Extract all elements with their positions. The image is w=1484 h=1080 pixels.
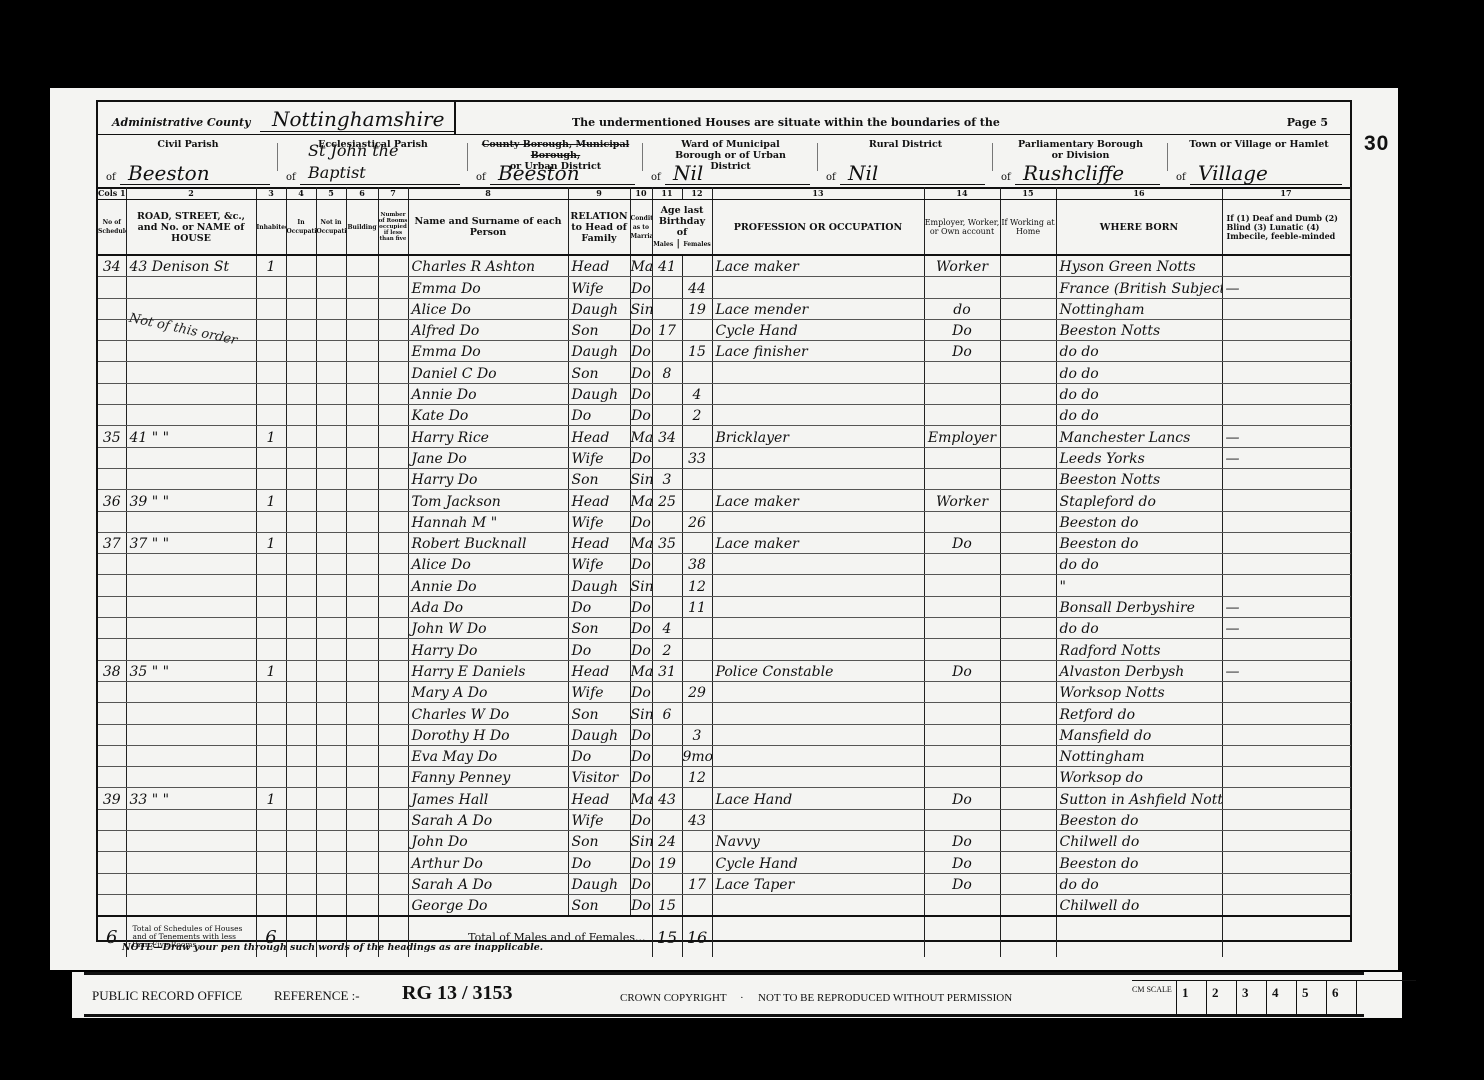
females-label: Females bbox=[683, 241, 710, 248]
female-age-cell bbox=[682, 639, 712, 660]
area-label: Parliamentary Borough or Division bbox=[993, 135, 1168, 161]
home-cell bbox=[1000, 831, 1056, 852]
home-cell bbox=[1000, 319, 1056, 340]
col-num: 16 bbox=[1056, 187, 1222, 200]
relation-cell: Daugh bbox=[568, 383, 630, 404]
name-cell: Emma Do bbox=[408, 341, 568, 362]
inhabited-cell bbox=[256, 468, 286, 489]
occupation-cell: Lace Taper bbox=[712, 873, 924, 894]
infirmity-cell bbox=[1222, 255, 1350, 277]
inhabited-cell: 1 bbox=[256, 490, 286, 511]
male-age-cell: 3 bbox=[652, 468, 682, 489]
female-age-cell: 4 bbox=[682, 383, 712, 404]
col-num: 7 bbox=[378, 187, 408, 200]
condition-cell: Do bbox=[630, 447, 652, 468]
where-born-cell: Beeston do bbox=[1056, 852, 1222, 873]
condition-cell: Do bbox=[630, 852, 652, 873]
rooms-cell bbox=[378, 575, 408, 596]
in-occupation-cell bbox=[286, 745, 316, 766]
col-num: 8 bbox=[408, 187, 568, 200]
home-cell bbox=[1000, 681, 1056, 702]
road-cell bbox=[126, 703, 256, 724]
relation-cell: Wife bbox=[568, 809, 630, 830]
male-age-cell bbox=[652, 575, 682, 596]
female-age-cell bbox=[682, 660, 712, 681]
name-cell: Annie Do bbox=[408, 575, 568, 596]
where-born-cell: Alvaston Derbysh bbox=[1056, 660, 1222, 681]
inhabited-cell bbox=[256, 575, 286, 596]
condition-cell: Do bbox=[630, 894, 652, 916]
in-occupation-cell bbox=[286, 447, 316, 468]
table-row: Arthur DoDoDo19Cycle HandDoBeeston do bbox=[98, 852, 1350, 873]
name-cell: Tom Jackson bbox=[408, 490, 568, 511]
in-occupation-cell bbox=[286, 639, 316, 660]
building-cell bbox=[346, 447, 378, 468]
inhabited-cell bbox=[256, 831, 286, 852]
schedule-cell bbox=[98, 894, 126, 916]
schedule-cell bbox=[98, 873, 126, 894]
in-occupation-cell bbox=[286, 681, 316, 702]
schedule-cell bbox=[98, 383, 126, 404]
female-age-cell bbox=[682, 852, 712, 873]
male-age-cell bbox=[652, 383, 682, 404]
employer-cell bbox=[924, 554, 1000, 575]
schedule-cell: 36 bbox=[98, 490, 126, 511]
schedule-cell bbox=[98, 618, 126, 639]
employer-cell: Employer bbox=[924, 426, 1000, 447]
inhabited-cell bbox=[256, 298, 286, 319]
female-age-cell bbox=[682, 618, 712, 639]
col-num: 11 bbox=[652, 187, 682, 200]
road-cell bbox=[126, 405, 256, 426]
occupation-cell bbox=[712, 724, 924, 745]
home-cell bbox=[1000, 362, 1056, 383]
name-cell: John W Do bbox=[408, 618, 568, 639]
relation-cell: Daugh bbox=[568, 341, 630, 362]
condition-cell: Do bbox=[630, 618, 652, 639]
occupation-cell: Lace mender bbox=[712, 298, 924, 319]
rural-district-value: Nil bbox=[840, 162, 985, 185]
table-row: Emma DoWifeDo44France (British Subject)— bbox=[98, 277, 1350, 298]
male-age-cell: 17 bbox=[652, 319, 682, 340]
inhabited-cell bbox=[256, 277, 286, 298]
female-age-cell: 9mo bbox=[682, 745, 712, 766]
female-age-cell: 3 bbox=[682, 724, 712, 745]
schedule-cell: 39 bbox=[98, 788, 126, 809]
in-occupation-cell bbox=[286, 341, 316, 362]
occupation-cell: Police Constable bbox=[712, 660, 924, 681]
table-row: 3933 " "1James HallHeadMar43Lace HandDoS… bbox=[98, 788, 1350, 809]
female-age-cell bbox=[682, 894, 712, 916]
in-occupation-cell bbox=[286, 405, 316, 426]
page-stamp: 30 bbox=[1364, 132, 1389, 156]
employer-cell bbox=[924, 767, 1000, 788]
home-cell bbox=[1000, 745, 1056, 766]
rooms-cell bbox=[378, 468, 408, 489]
table-row: Annie DoDaughDo4do do bbox=[98, 383, 1350, 404]
inhabited-cell bbox=[256, 809, 286, 830]
condition-cell: Mar bbox=[630, 532, 652, 553]
reference-label: REFERENCE :- bbox=[274, 988, 360, 1004]
relation-cell: Son bbox=[568, 703, 630, 724]
condition-cell: Do bbox=[630, 639, 652, 660]
inhabited-cell bbox=[256, 596, 286, 617]
table-row: 3541 " "1Harry RiceHeadMar34BricklayerEm… bbox=[98, 426, 1350, 447]
road-cell bbox=[126, 575, 256, 596]
table-row: Kate DoDoDo2do do bbox=[98, 405, 1350, 426]
header-age: Age last Birthday ofMales | Females bbox=[652, 200, 712, 256]
male-age-cell: 43 bbox=[652, 788, 682, 809]
occupation-cell bbox=[712, 447, 924, 468]
table-row: Hannah M "WifeDo26Beeston do bbox=[98, 511, 1350, 532]
road-cell bbox=[126, 511, 256, 532]
relation-cell: Do bbox=[568, 639, 630, 660]
relation-cell: Head bbox=[568, 788, 630, 809]
road-cell: 39 " " bbox=[126, 490, 256, 511]
name-cell: Jane Do bbox=[408, 447, 568, 468]
relation-cell: Daugh bbox=[568, 873, 630, 894]
name-cell: Alice Do bbox=[408, 554, 568, 575]
condition-cell: Do bbox=[630, 767, 652, 788]
males-label: Males bbox=[653, 241, 673, 248]
rooms-cell bbox=[378, 383, 408, 404]
relation-cell: Wife bbox=[568, 447, 630, 468]
not-in-occupation-cell bbox=[316, 511, 346, 532]
male-age-cell bbox=[652, 873, 682, 894]
name-cell: Charles R Ashton bbox=[408, 255, 568, 277]
relation-cell: Head bbox=[568, 490, 630, 511]
infirmity-cell bbox=[1222, 468, 1350, 489]
home-cell bbox=[1000, 703, 1056, 724]
infirmity-cell bbox=[1222, 788, 1350, 809]
table-row: Sarah A DoWifeDo43Beeston do bbox=[98, 809, 1350, 830]
female-age-cell: 29 bbox=[682, 681, 712, 702]
female-age-cell bbox=[682, 703, 712, 724]
archive-footer: PUBLIC RECORD OFFICE REFERENCE :- RG 13 … bbox=[72, 972, 1402, 1018]
employer-cell: Do bbox=[924, 873, 1000, 894]
relation-cell: Son bbox=[568, 831, 630, 852]
rooms-cell bbox=[378, 255, 408, 277]
employer-cell bbox=[924, 703, 1000, 724]
where-born-cell: Manchester Lancs bbox=[1056, 426, 1222, 447]
table-row: Alfred DoSonDo17Cycle HandDoBeeston Nott… bbox=[98, 319, 1350, 340]
female-age-cell bbox=[682, 255, 712, 277]
inhabited-cell bbox=[256, 405, 286, 426]
not-in-occupation-cell bbox=[316, 277, 346, 298]
not-in-occupation-cell bbox=[316, 788, 346, 809]
urban-district: County Borough, Municipal Borough,or Urb… bbox=[468, 135, 643, 187]
employer-cell bbox=[924, 596, 1000, 617]
male-age-cell bbox=[652, 405, 682, 426]
relation-cell: Daugh bbox=[568, 575, 630, 596]
relation-cell: Daugh bbox=[568, 298, 630, 319]
employer-cell bbox=[924, 277, 1000, 298]
not-in-occupation-cell bbox=[316, 554, 346, 575]
building-cell bbox=[346, 618, 378, 639]
inhabited-cell: 1 bbox=[256, 426, 286, 447]
female-age-cell: 26 bbox=[682, 511, 712, 532]
male-age-cell bbox=[652, 745, 682, 766]
occupation-cell bbox=[712, 554, 924, 575]
employer-cell bbox=[924, 575, 1000, 596]
female-age-cell: 12 bbox=[682, 575, 712, 596]
in-occupation-cell bbox=[286, 532, 316, 553]
male-age-cell: 15 bbox=[652, 894, 682, 916]
employer-cell: Do bbox=[924, 788, 1000, 809]
schedule-cell: 38 bbox=[98, 660, 126, 681]
name-cell: Dorothy H Do bbox=[408, 724, 568, 745]
relation-cell: Head bbox=[568, 660, 630, 681]
building-cell bbox=[346, 298, 378, 319]
building-cell bbox=[346, 575, 378, 596]
inhabited-cell bbox=[256, 873, 286, 894]
name-cell: Harry Rice bbox=[408, 426, 568, 447]
employer-cell bbox=[924, 639, 1000, 660]
occupation-cell: Navvy bbox=[712, 831, 924, 852]
home-cell bbox=[1000, 724, 1056, 745]
male-age-cell: 35 bbox=[652, 532, 682, 553]
male-age-cell bbox=[652, 277, 682, 298]
condition-cell: Single bbox=[630, 298, 652, 319]
header-not-in-occupation: Not in Occupation bbox=[316, 200, 346, 256]
home-cell bbox=[1000, 426, 1056, 447]
town-village: Town or Village or Hamlet of Village bbox=[1168, 135, 1350, 187]
infirmity-cell bbox=[1222, 767, 1350, 788]
female-age-cell bbox=[682, 362, 712, 383]
road-cell: 35 " " bbox=[126, 660, 256, 681]
where-born-cell: " bbox=[1056, 575, 1222, 596]
home-cell bbox=[1000, 894, 1056, 916]
employer-cell: Do bbox=[924, 532, 1000, 553]
table-row: Mary A DoWifeDo29Worksop Notts bbox=[98, 681, 1350, 702]
schedule-cell bbox=[98, 809, 126, 830]
in-occupation-cell bbox=[286, 703, 316, 724]
col-num: 4 bbox=[286, 187, 316, 200]
condition-cell: Mar bbox=[630, 426, 652, 447]
of-label: of bbox=[826, 172, 836, 183]
building-cell bbox=[346, 255, 378, 277]
in-occupation-cell bbox=[286, 831, 316, 852]
table-row: 3737 " "1Robert BucknallHeadMar35Lace ma… bbox=[98, 532, 1350, 553]
male-age-cell bbox=[652, 724, 682, 745]
condition-cell: Do bbox=[630, 745, 652, 766]
female-age-cell: 38 bbox=[682, 554, 712, 575]
in-occupation-cell bbox=[286, 554, 316, 575]
rooms-cell bbox=[378, 511, 408, 532]
home-cell bbox=[1000, 383, 1056, 404]
not-in-occupation-cell bbox=[316, 873, 346, 894]
occupation-cell: Lace maker bbox=[712, 255, 924, 277]
road-cell: 43 Denison St bbox=[126, 255, 256, 277]
road-cell bbox=[126, 362, 256, 383]
infirmity-cell bbox=[1222, 319, 1350, 340]
scale-tick bbox=[1356, 981, 1416, 1015]
name-cell: Kate Do bbox=[408, 405, 568, 426]
building-cell bbox=[346, 490, 378, 511]
not-in-occupation-cell bbox=[316, 809, 346, 830]
area-fields: Civil Parish of Beeston Ecclesiastical P… bbox=[98, 135, 1350, 189]
road-cell bbox=[126, 596, 256, 617]
not-in-occupation-cell bbox=[316, 639, 346, 660]
condition-cell: Single bbox=[630, 575, 652, 596]
condition-cell: Do bbox=[630, 319, 652, 340]
rooms-cell bbox=[378, 490, 408, 511]
building-cell bbox=[346, 788, 378, 809]
condition-cell: Do bbox=[630, 511, 652, 532]
schedule-cell bbox=[98, 767, 126, 788]
inhabited-cell bbox=[256, 319, 286, 340]
female-age-cell: 43 bbox=[682, 809, 712, 830]
road-cell bbox=[126, 639, 256, 660]
inhabited-cell: 1 bbox=[256, 660, 286, 681]
rooms-cell bbox=[378, 852, 408, 873]
road-cell bbox=[126, 894, 256, 916]
area-label: Town or Village or Hamlet bbox=[1168, 135, 1350, 150]
in-occupation-cell bbox=[286, 894, 316, 916]
rooms-cell bbox=[378, 831, 408, 852]
not-in-occupation-cell bbox=[316, 341, 346, 362]
relation-cell: Do bbox=[568, 405, 630, 426]
table-row: John W DoSonDo4do do— bbox=[98, 618, 1350, 639]
of-label: of bbox=[1001, 172, 1011, 183]
ward: Ward of Municipal Borough or of Urban Di… bbox=[643, 135, 818, 187]
schedule-cell bbox=[98, 831, 126, 852]
condition-cell: Do bbox=[630, 383, 652, 404]
male-age-cell bbox=[652, 298, 682, 319]
road-cell bbox=[126, 767, 256, 788]
occupation-cell: Lace Hand bbox=[712, 788, 924, 809]
schedule-cell bbox=[98, 639, 126, 660]
name-cell: Annie Do bbox=[408, 383, 568, 404]
female-age-cell bbox=[682, 319, 712, 340]
rooms-cell bbox=[378, 298, 408, 319]
building-cell bbox=[346, 554, 378, 575]
office-label: PUBLIC RECORD OFFICE bbox=[92, 988, 242, 1004]
schedule-cell bbox=[98, 511, 126, 532]
employer-cell: Do bbox=[924, 831, 1000, 852]
name-cell: Mary A Do bbox=[408, 681, 568, 702]
infirmity-cell bbox=[1222, 809, 1350, 830]
col-num: 2 bbox=[126, 187, 256, 200]
infirmity-cell bbox=[1222, 724, 1350, 745]
not-in-occupation-cell bbox=[316, 426, 346, 447]
col-num: 12 bbox=[682, 187, 712, 200]
table-row: Annie DoDaughSingle12" bbox=[98, 575, 1350, 596]
civil-parish-value: Beeston bbox=[120, 162, 270, 185]
condition-cell: Single bbox=[630, 703, 652, 724]
infirmity-cell bbox=[1222, 341, 1350, 362]
schedule-cell bbox=[98, 852, 126, 873]
in-occupation-cell bbox=[286, 298, 316, 319]
not-in-occupation-cell bbox=[316, 596, 346, 617]
schedule-cell bbox=[98, 745, 126, 766]
age-label: Age last Birthday of bbox=[659, 205, 705, 238]
female-age-cell: 2 bbox=[682, 405, 712, 426]
scale-tick: 6 bbox=[1326, 981, 1356, 1015]
table-row: Ada DoDoDo11Bonsall Derbyshire— bbox=[98, 596, 1350, 617]
name-cell: George Do bbox=[408, 894, 568, 916]
occupation-cell bbox=[712, 894, 924, 916]
in-occupation-cell bbox=[286, 618, 316, 639]
female-age-cell bbox=[682, 532, 712, 553]
table-row: 3443 Denison St1Charles R AshtonHeadMar4… bbox=[98, 255, 1350, 277]
col-num: 6 bbox=[346, 187, 378, 200]
male-age-cell bbox=[652, 596, 682, 617]
condition-cell: Do bbox=[630, 341, 652, 362]
condition-cell: Do bbox=[630, 724, 652, 745]
occupation-cell bbox=[712, 681, 924, 702]
relation-cell: Head bbox=[568, 532, 630, 553]
building-cell bbox=[346, 745, 378, 766]
home-cell bbox=[1000, 405, 1056, 426]
occupation-cell bbox=[712, 277, 924, 298]
name-cell: Sarah A Do bbox=[408, 809, 568, 830]
occupation-cell: Cycle Hand bbox=[712, 852, 924, 873]
col-num: Cols 1 bbox=[98, 187, 126, 200]
of-label: of bbox=[1176, 172, 1186, 183]
condition-cell: Mar bbox=[630, 490, 652, 511]
inhabited-cell bbox=[256, 618, 286, 639]
name-cell: Harry Do bbox=[408, 639, 568, 660]
male-age-cell: 2 bbox=[652, 639, 682, 660]
female-age-cell bbox=[682, 831, 712, 852]
male-age-cell bbox=[652, 809, 682, 830]
in-occupation-cell bbox=[286, 660, 316, 681]
home-cell bbox=[1000, 596, 1056, 617]
employer-cell: Do bbox=[924, 660, 1000, 681]
census-rows: 3443 Denison St1Charles R AshtonHeadMar4… bbox=[98, 255, 1350, 916]
where-born-cell: do do bbox=[1056, 405, 1222, 426]
inhabited-cell: 1 bbox=[256, 255, 286, 277]
ward-value: Nil bbox=[665, 162, 810, 185]
rooms-cell bbox=[378, 532, 408, 553]
in-occupation-cell bbox=[286, 873, 316, 894]
rooms-cell bbox=[378, 554, 408, 575]
in-occupation-cell bbox=[286, 788, 316, 809]
home-cell bbox=[1000, 809, 1056, 830]
female-age-cell bbox=[682, 468, 712, 489]
inhabited-cell bbox=[256, 767, 286, 788]
header-employer: Employer, Worker, or Own account bbox=[924, 200, 1000, 256]
relation-cell: Wife bbox=[568, 511, 630, 532]
census-table: Cols 1 2 3 4 5 6 7 8 9 10 11 12 13 14 15… bbox=[98, 187, 1351, 957]
struck-label: County Borough, Municipal Borough, bbox=[482, 139, 629, 161]
in-occupation-cell bbox=[286, 255, 316, 277]
schedule-cell: 34 bbox=[98, 255, 126, 277]
where-born-cell: Retford do bbox=[1056, 703, 1222, 724]
employer-cell bbox=[924, 468, 1000, 489]
condition-cell: Do bbox=[630, 405, 652, 426]
not-in-occupation-cell bbox=[316, 745, 346, 766]
employer-cell: Do bbox=[924, 341, 1000, 362]
male-age-cell: 25 bbox=[652, 490, 682, 511]
schedule-cell bbox=[98, 468, 126, 489]
name-cell: Emma Do bbox=[408, 277, 568, 298]
infirmity-cell bbox=[1222, 852, 1350, 873]
where-born-cell: Sutton in Ashfield Notts bbox=[1056, 788, 1222, 809]
relation-cell: Visitor bbox=[568, 767, 630, 788]
building-cell bbox=[346, 639, 378, 660]
rooms-cell bbox=[378, 405, 408, 426]
col-num: 14 bbox=[924, 187, 1000, 200]
where-born-cell: Beeston Notts bbox=[1056, 468, 1222, 489]
inhabited-cell bbox=[256, 745, 286, 766]
road-cell bbox=[126, 468, 256, 489]
where-born-cell: Mansfield do bbox=[1056, 724, 1222, 745]
area-label: Civil Parish bbox=[98, 135, 278, 150]
not-in-occupation-cell bbox=[316, 660, 346, 681]
road-cell: 37 " " bbox=[126, 532, 256, 553]
